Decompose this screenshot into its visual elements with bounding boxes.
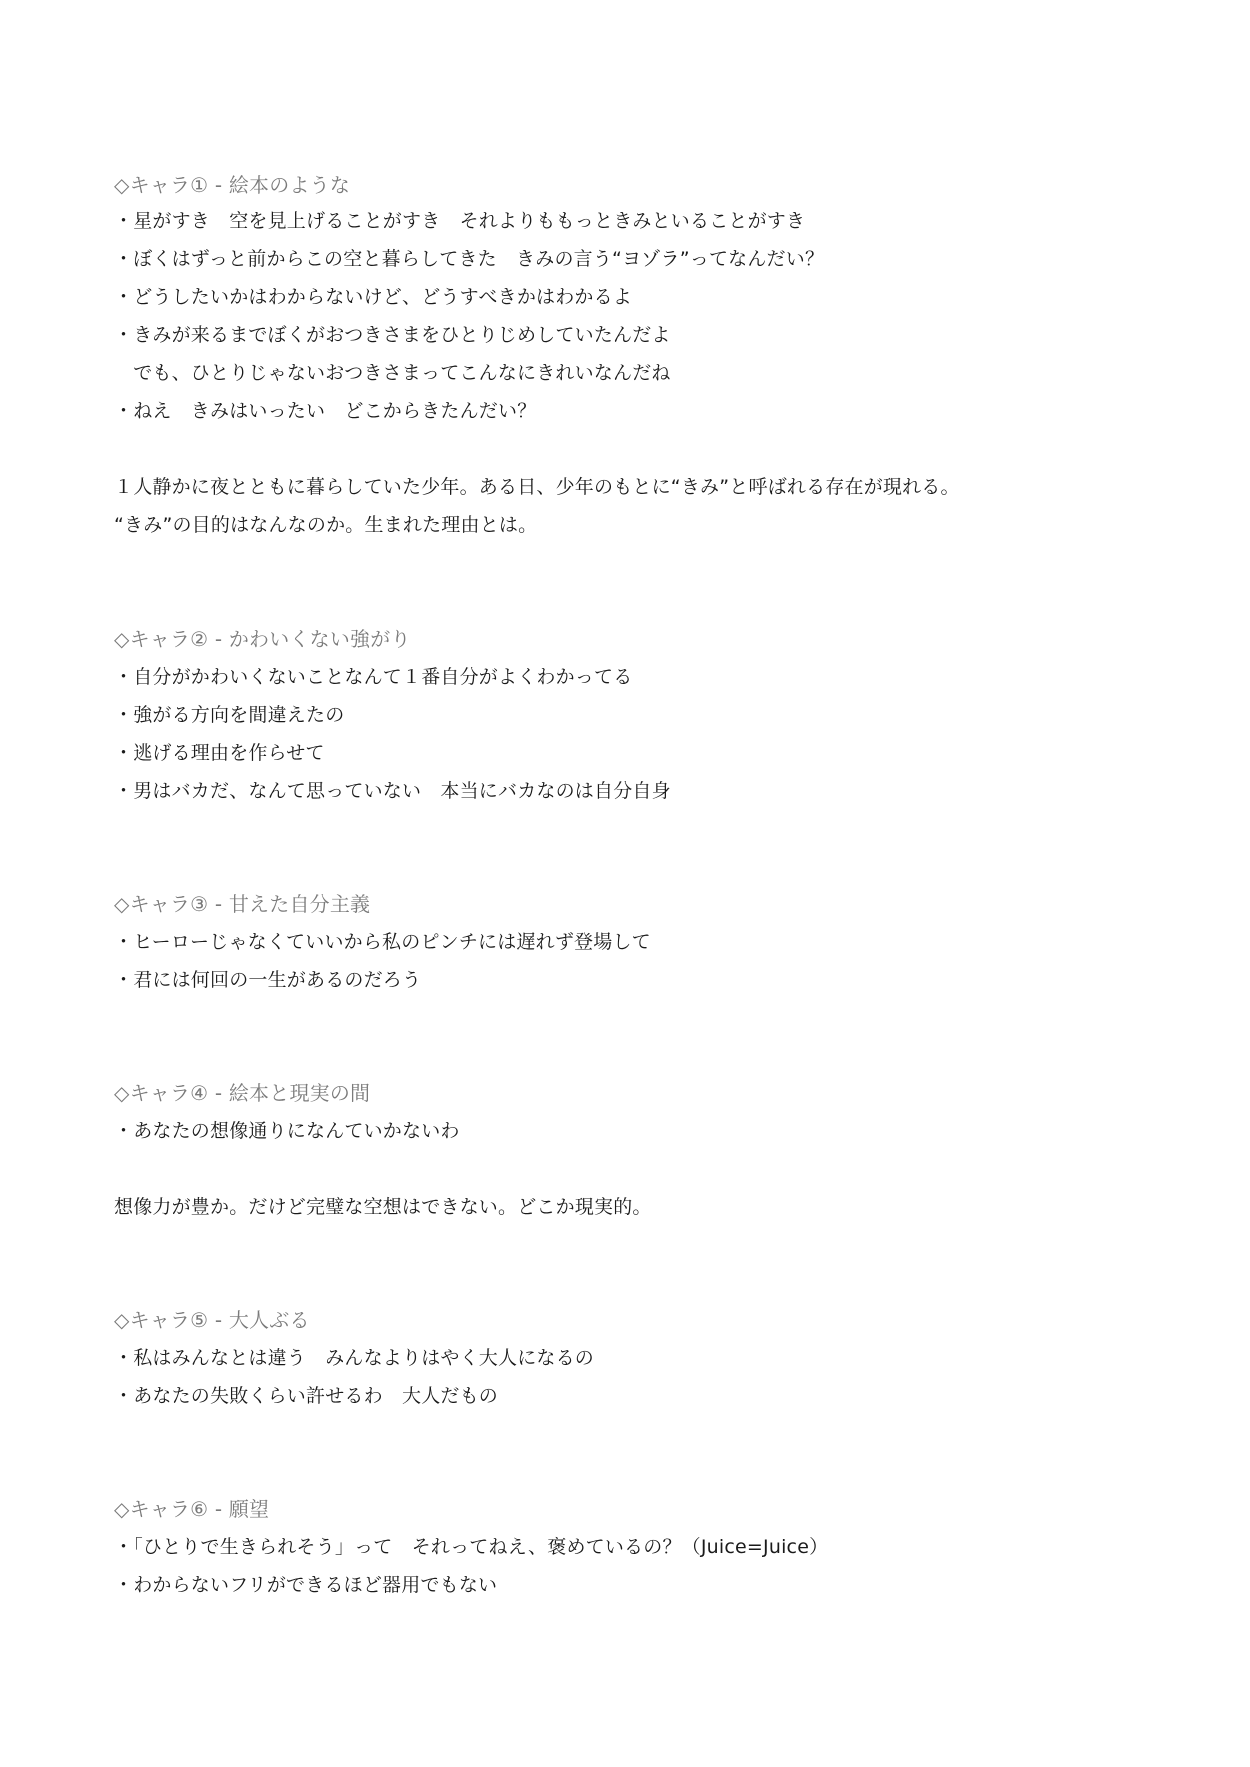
list-item: ・星がすき 空を見上げることがすき それよりももっときみといることがすき [114,208,805,234]
list-item: ・ねえ きみはいったい どこからきたんだい？ [114,398,536,424]
list-item: ・わからないフリができるほど器用でもない [114,1572,497,1598]
list-item: ・ヒーローじゃなくていいから私のピンチには遅れず登場して [114,929,651,955]
list-item: ・君には何回の一生があるのだろう [114,967,421,993]
section-heading-3: ◇キャラ③ - 甘えた自分主義 [114,891,370,917]
list-item: ・あなたの想像通りになんていかないわ [114,1118,460,1144]
section-heading-2: ◇キャラ② - かわいくない強がり [114,626,411,652]
description-paragraph: １人静かに夜とともに暮らしていた少年。ある日、少年のもとに“きみ”と呼ばれる存在… [114,474,960,500]
list-item: ・自分がかわいくないことなんて１番自分がよくわかってる [114,664,632,690]
list-item: ・逃げる理由を作らせて [114,740,325,766]
list-item: でも、ひとりじゃないおつきさまってこんなにきれいなんだね [114,360,671,386]
description-paragraph: 想像力が豊か。だけど完璧な空想はできない。どこか現実的。 [114,1194,652,1220]
list-item: ・強がる方向を間違えたの [114,702,344,728]
list-item: ・「ひとりで生きられそう」って それってねえ、褒めているの？（Juice=Jui… [114,1534,828,1560]
section-heading-1: ◇キャラ① - 絵本のような [114,172,350,198]
list-item: ・私はみんなとは違う みんなよりはやく大人になるの [114,1345,594,1371]
list-item: ・きみが来るまでぼくがおつきさまをひとりじめしていたんだよ [114,322,671,348]
section-heading-6: ◇キャラ⑥ - 願望 [114,1496,269,1522]
list-item: ・あなたの失敗くらい許せるわ 大人だもの [114,1383,498,1409]
section-heading-4: ◇キャラ④ - 絵本と現実の間 [114,1080,370,1106]
document-page: ◇キャラ① - 絵本のような ・星がすき 空を見上げることがすき それよりももっ… [0,0,1250,1767]
section-heading-5: ◇キャラ⑤ - 大人ぶる [114,1307,310,1333]
list-item: ・ぼくはずっと前からこの空と暮らしてきた きみの言う“ヨゾラ”ってなんだい？ [114,246,824,272]
list-item: ・男はバカだ、なんて思っていない 本当にバカなのは自分自身 [114,778,671,804]
list-item: ・どうしたいかはわからないけど、どうすべきかはわかるよ [114,284,632,310]
description-paragraph: “きみ”の目的はなんなのか。生まれた理由とは。 [114,512,537,538]
